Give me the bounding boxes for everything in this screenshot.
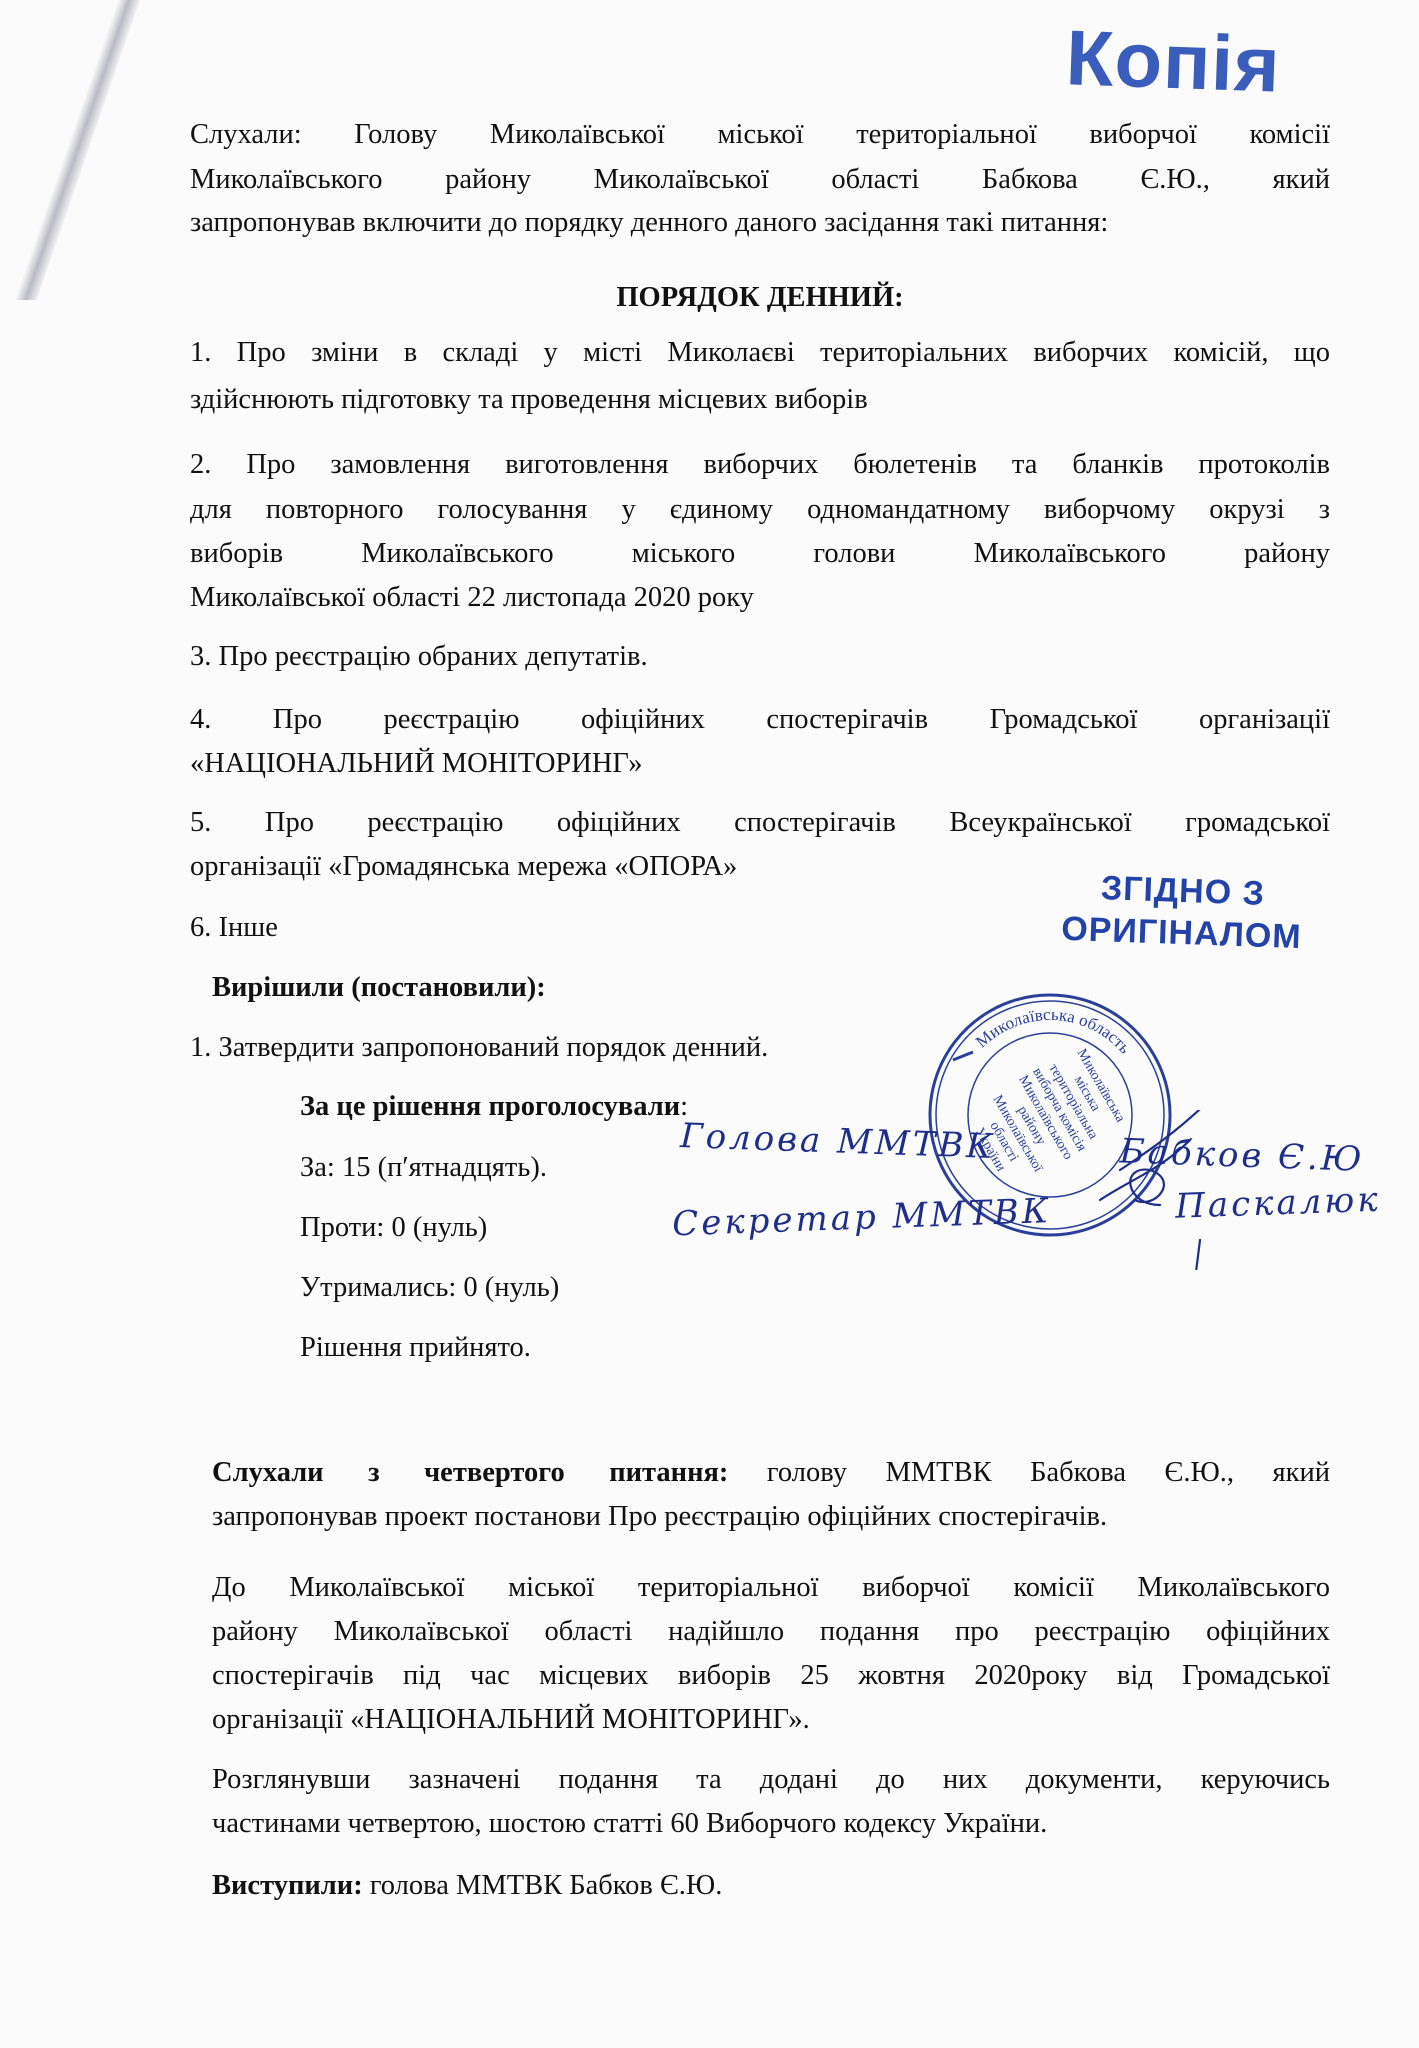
section4-spoke: Виступили: голова ММТВК Бабков Є.Ю.	[212, 1866, 1330, 1906]
section4-heard-label: Слухали з четвертого питання:	[212, 1457, 728, 1488]
heard-line-2: Миколаївського району Миколаївської обла…	[190, 160, 1330, 200]
heard-line-3: запропонував включити до порядку денного…	[190, 203, 1330, 243]
vote-title-text: За це рішення проголосували	[300, 1091, 680, 1122]
agenda-item-4-line-2: «НАЦІОНАЛЬНИЙ МОНІТОРИНГ»	[190, 744, 1330, 784]
spoke-text: голова ММТВК Бабков Є.Ю.	[363, 1870, 723, 1901]
section4-para2-line-2: частинами четвертою, шостою статті 60 Ви…	[212, 1804, 1330, 1844]
section4-para1-line-3: спостерігачів під час місцевих виборів 2…	[212, 1656, 1330, 1696]
agenda-item-6: 6. Інше	[190, 908, 990, 948]
agenda-item-2-line-3: виборів Миколаївського міського голови М…	[190, 534, 1330, 574]
vote-abstained: Утримались: 0 (нуль)	[300, 1268, 700, 1308]
section4-para2-line-1: Розглянувши зазначені подання та додані …	[212, 1760, 1330, 1800]
copy-stamp: Копія	[1064, 12, 1282, 110]
agenda-item-2-line-4: Миколаївської області 22 листопада 2020 …	[190, 578, 1330, 618]
stamp-line-2: ОРИГІНАЛОМ	[1061, 908, 1303, 958]
document-page: Копія Слухали: Голову Миколаївської місь…	[0, 0, 1419, 2048]
decided-label: Вирішили (постановили):	[212, 968, 912, 1008]
according-to-original-stamp: ЗГІДНО З ОРИГІНАЛОМ	[1061, 866, 1304, 958]
spoke-label: Виступили:	[212, 1870, 363, 1901]
agenda-title: ПОРЯДОК ДЕННИЙ:	[190, 278, 1330, 318]
vote-result: Рішення прийнято.	[300, 1328, 700, 1368]
vote-against: Проти: 0 (нуль)	[300, 1208, 700, 1248]
section4-heard-line-2: запропонував проект постанови Про реєстр…	[212, 1497, 1330, 1537]
section4-heard-line-1: Слухали з четвертого питання: голову ММТ…	[212, 1453, 1330, 1493]
agenda-item-3: 3. Про реєстрацію обраних депутатів.	[190, 637, 1330, 677]
agenda-item-1-line-2: здійснюють підготовку та проведення місц…	[190, 380, 1330, 420]
vote-for: За: 15 (п′ятнадцять).	[300, 1148, 700, 1188]
section4-para1-line-4: організації «НАЦІОНАЛЬНИЙ МОНІТОРИНГ».	[212, 1700, 1330, 1740]
agenda-item-5-line-1: 5. Про реєстрацію офіційних спостерігачі…	[190, 803, 1330, 843]
heard-label: Слухали:	[190, 119, 302, 150]
section4-heard-text: голову ММТВК Бабкова Є.Ю., який	[728, 1457, 1330, 1488]
paper-fold-shadow	[15, 0, 140, 300]
heard-text: Голову Миколаївської міської територіаль…	[302, 119, 1330, 150]
agenda-item-4-line-1: 4. Про реєстрацію офіційних спостерігачі…	[190, 700, 1330, 740]
section4-para1-line-1: До Миколаївської міської територіальної …	[212, 1568, 1330, 1608]
section4-para1-line-2: району Миколаївської області надійшло по…	[212, 1612, 1330, 1652]
agenda-item-2-line-2: для повторного голосування у єдиному одн…	[190, 490, 1330, 530]
agenda-item-1-line-1: 1. Про зміни в складі у місті Миколаєві …	[190, 333, 1330, 373]
decision-text: 1. Затвердити запропонований порядок ден…	[190, 1028, 950, 1068]
heard-line-1: Слухали: Голову Миколаївської міської те…	[190, 115, 1330, 155]
signatures-block: Голова ММТВК Бабков Є.Ю Секретар ММТВК П…	[680, 1110, 1419, 1270]
agenda-item-2-line-1: 2. Про замовлення виготовлення виборчих …	[190, 445, 1330, 485]
